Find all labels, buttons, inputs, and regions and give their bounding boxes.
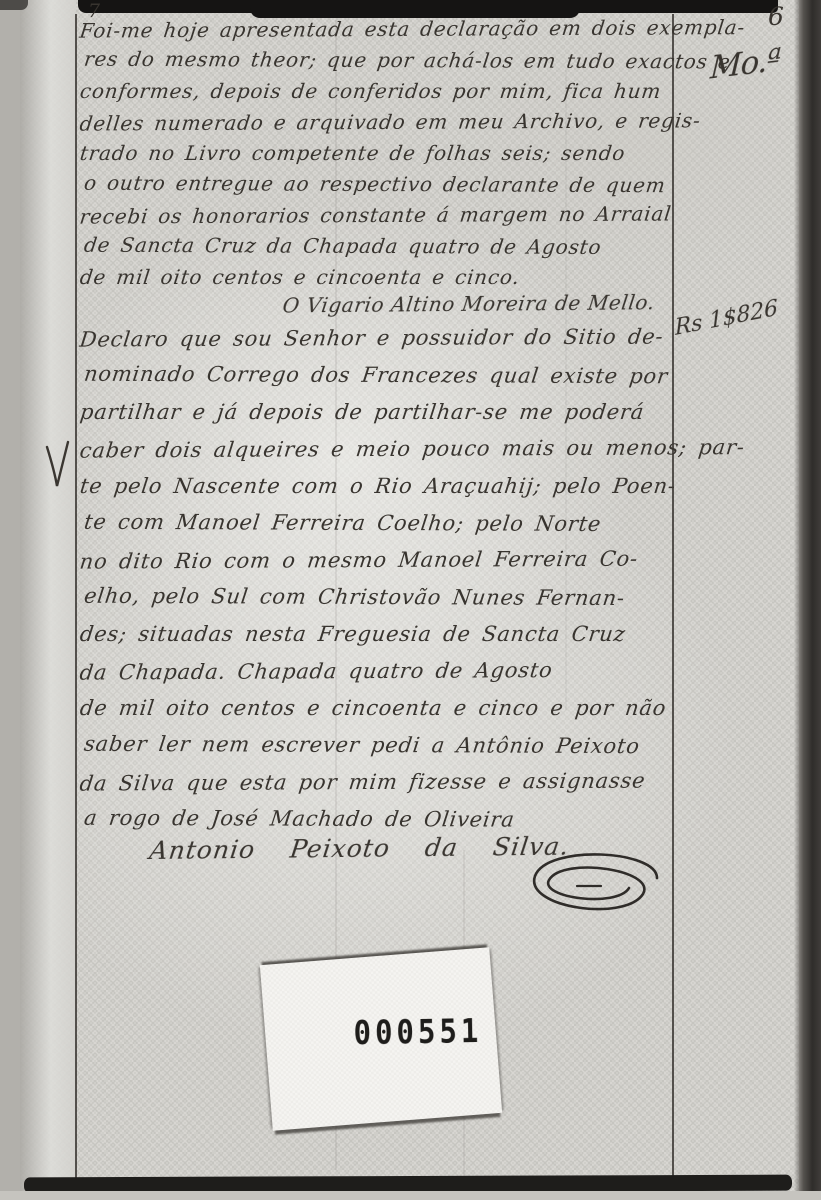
handwritten-line: Declaro que sou Senhor e possuidor do Si… (78, 318, 683, 358)
handwritten-line: de mil oito centos e cincoenta e cinco. (78, 262, 682, 293)
scanned-document-page: 7 6 Mo.ª Rs 1$826 Foi-me hoje apresentad… (0, 0, 821, 1200)
signature-flourish-icon (505, 846, 670, 928)
handwritten-line: res do mesmo theor; que por achá-los em … (82, 44, 686, 78)
handwritten-line: des; situadas nesta Freguesia de Sancta … (78, 616, 683, 653)
margin-check-icon (44, 438, 72, 494)
handwritten-line: de mil oito centos e cincoenta e cinco e… (78, 690, 683, 727)
handwritten-line: trado no Livro competente de folhas seis… (78, 138, 682, 169)
handwritten-line: te com Manoel Ferreira Coelho; pelo Nort… (82, 504, 686, 544)
scan-artifact-right-band (794, 0, 821, 1200)
left-margin-rule (75, 14, 77, 1178)
scanner-left-strip (0, 0, 20, 1200)
handwritten-line: da Silva que esta por mim fizesse e assi… (78, 762, 683, 802)
handwritten-line: elho, pelo Sul com Christovão Nunes Fern… (82, 578, 686, 618)
declaration-paragraph: Declaro que sou Senhor e possuidor do Si… (80, 320, 680, 838)
handwritten-line: saber ler nem escrever pedi a Antônio Pe… (82, 726, 686, 766)
handwritten-line: caber dois alqueires e meio pouco mais o… (78, 429, 683, 469)
stamp-number: 000551 (353, 1012, 482, 1052)
handwritten-line: nominado Corrego dos Francezes qual exis… (82, 356, 686, 396)
page-number: 6 (768, 2, 784, 31)
handwritten-line: conformes, depois de conferidos por mim,… (78, 76, 682, 107)
handwritten-line: delles numerado e arquivado em meu Archi… (78, 105, 682, 139)
registration-paragraph: Foi-me hoje apresentada esta declaração … (80, 14, 680, 293)
handwritten-line: o outro entregue ao respectivo declarant… (82, 168, 686, 202)
handwritten-line: Foi-me hoje apresentada esta declaração … (78, 12, 682, 46)
scanner-bottom-strip (0, 1191, 821, 1200)
handwritten-line: no dito Rio com o mesmo Manoel Ferreira … (78, 540, 683, 580)
handwritten-line: partilhar e já depois de partilhar-se me… (78, 394, 683, 431)
vicar-signature: O Vigario Altino Moreira de Mello. (281, 290, 656, 317)
handwritten-line: da Chapada. Chapada quatro de Agosto (78, 651, 683, 691)
archive-label: 000551 (260, 947, 502, 1131)
page-binding-fold (20, 0, 76, 1200)
handwritten-line: te pelo Nascente com o Rio Araçuahij; pe… (78, 468, 683, 505)
scan-artifact-corner (0, 0, 28, 10)
handwritten-line: recebi os honorarios constante á margem … (78, 198, 682, 232)
handwritten-line: de Sancta Cruz da Chapada quatro de Agos… (82, 230, 686, 264)
